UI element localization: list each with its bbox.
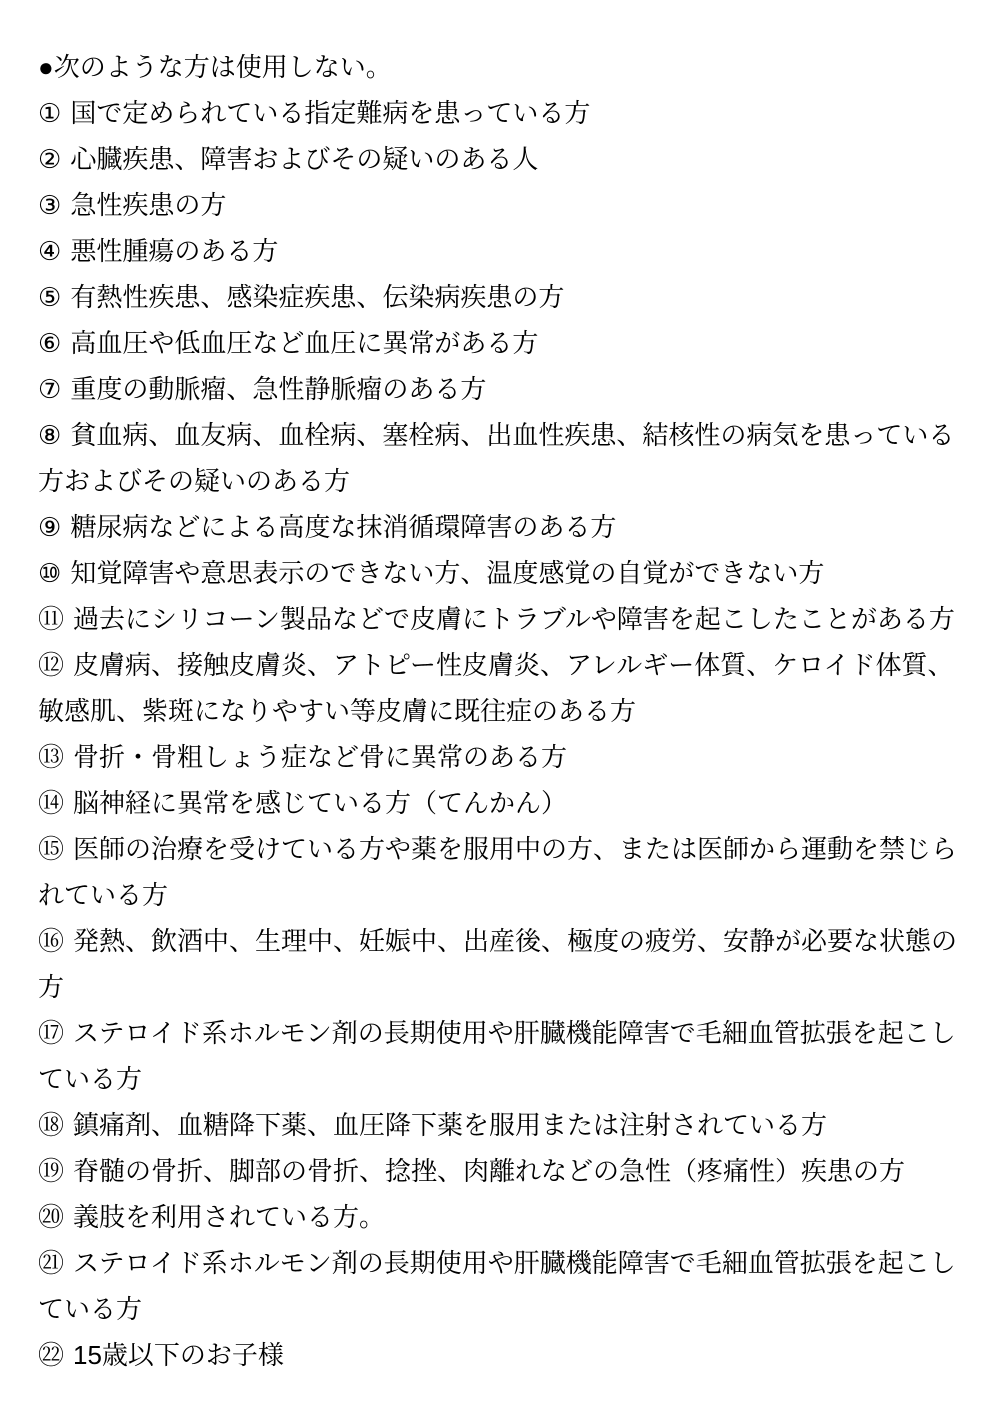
- item-text: 重度の動脈瘤、急性静脈瘤のある方: [70, 374, 486, 404]
- item-text: 過去にシリコーン製品などで皮膚にトラブルや障害を起こしたことがある方: [73, 604, 955, 634]
- item-number: ㉑: [38, 1248, 64, 1278]
- item-text: 悪性腫瘍のある方: [70, 236, 278, 266]
- item-number: ⑲: [38, 1156, 64, 1186]
- item-text: 糖尿病などによる高度な抹消循環障害のある方: [70, 512, 616, 542]
- item-text: 知覚障害や意思表示のできない方、温度感覚の自覚ができない方: [70, 558, 824, 588]
- item-number: ④: [38, 236, 61, 266]
- item-number: ⑥: [38, 328, 61, 358]
- item-text: 発熱、飲酒中、生理中、妊娠中、出産後、極度の疲労、安静が必要な状態の方: [38, 926, 957, 1002]
- list-item: ⑧貧血病、血友病、血栓病、塞栓病、出血性疾患、結核性の病気を患っている方およびそ…: [38, 412, 958, 504]
- list-item: ⑯発熱、飲酒中、生理中、妊娠中、出産後、極度の疲労、安静が必要な状態の方: [38, 918, 958, 1010]
- item-text: 骨折・骨粗しょう症など骨に異常のある方: [73, 742, 567, 772]
- item-text: 有熱性疾患、感染症疾患、伝染病疾患の方: [70, 282, 564, 312]
- item-number: ⑳: [38, 1202, 64, 1232]
- list-item: ⑲脊髄の骨折、脚部の骨折、捻挫、肉離れなどの急性（疼痛性）疾患の方: [38, 1148, 958, 1194]
- item-text: 貧血病、血友病、血栓病、塞栓病、出血性疾患、結核性の病気を患っている方およびその…: [38, 420, 954, 496]
- list-item: ⑮医師の治療を受けている方や薬を服用中の方、または医師から運動を禁じられている方: [38, 826, 958, 918]
- list-item: ②心臓疾患、障害およびその疑いのある人: [38, 136, 958, 182]
- item-number: ②: [38, 144, 61, 174]
- item-number: ⑭: [38, 788, 64, 818]
- section-header-text: 次のような方は使用しない。: [54, 52, 392, 82]
- list-item: ⑭脳神経に異常を感じている方（てんかん）: [38, 780, 958, 826]
- list-item: ⑤有熱性疾患、感染症疾患、伝染病疾患の方: [38, 274, 958, 320]
- item-text: 国で定められている指定難病を患っている方: [70, 98, 590, 128]
- item-number: ③: [38, 190, 61, 220]
- bullet-icon: ●: [38, 52, 54, 82]
- item-number: ⑧: [38, 420, 61, 450]
- item-text: 高血圧や低血圧など血圧に異常がある方: [70, 328, 538, 358]
- contraindications-page: ●次のような方は使用しない。 ①国で定められている指定難病を患っている方 ②心臓…: [0, 0, 1000, 1418]
- list-item: ⑰ステロイド系ホルモン剤の長期使用や肝臓機能障害で毛細血管拡張を起こしている方: [38, 1010, 958, 1102]
- item-number: ①: [38, 98, 61, 128]
- item-number: ⑩: [38, 558, 61, 588]
- item-text: 急性疾患の方: [70, 190, 226, 220]
- item-number: ⑦: [38, 374, 61, 404]
- item-text: 脊髄の骨折、脚部の骨折、捻挫、肉離れなどの急性（疼痛性）疾患の方: [73, 1156, 905, 1186]
- list-item: ㉒15歳以下のお子様: [38, 1332, 958, 1378]
- item-number: ⑯: [38, 926, 64, 956]
- item-text: 医師の治療を受けている方や薬を服用中の方、または医師から運動を禁じられている方: [38, 834, 957, 910]
- item-number: ⑰: [38, 1018, 64, 1048]
- item-number: ⑨: [38, 512, 61, 542]
- item-text: ステロイド系ホルモン剤の長期使用や肝臓機能障害で毛細血管拡張を起こしている方: [38, 1248, 956, 1324]
- list-item: ⑨糖尿病などによる高度な抹消循環障害のある方: [38, 504, 958, 550]
- item-text: ステロイド系ホルモン剤の長期使用や肝臓機能障害で毛細血管拡張を起こしている方: [38, 1018, 956, 1094]
- contraindications-list: ①国で定められている指定難病を患っている方 ②心臓疾患、障害およびその疑いのある…: [38, 90, 958, 1378]
- list-item: ③急性疾患の方: [38, 182, 958, 228]
- list-item: ⑩知覚障害や意思表示のできない方、温度感覚の自覚ができない方: [38, 550, 958, 596]
- list-item: ⑬骨折・骨粗しょう症など骨に異常のある方: [38, 734, 958, 780]
- item-text: 脳神経に異常を感じている方（てんかん）: [73, 788, 567, 818]
- list-item: ⑪過去にシリコーン製品などで皮膚にトラブルや障害を起こしたことがある方: [38, 596, 958, 642]
- item-text: 15歳以下のお子様: [73, 1340, 284, 1370]
- list-item: ⑳義肢を利用されている方。: [38, 1194, 958, 1240]
- list-item: ④悪性腫瘍のある方: [38, 228, 958, 274]
- list-item: ⑥高血圧や低血圧など血圧に異常がある方: [38, 320, 958, 366]
- item-text: 義肢を利用されている方。: [73, 1202, 385, 1232]
- item-text: 皮膚病、接触皮膚炎、アトピー性皮膚炎、アレルギー体質、ケロイド体質、敏感肌、紫斑…: [38, 650, 954, 726]
- list-item: ⑫皮膚病、接触皮膚炎、アトピー性皮膚炎、アレルギー体質、ケロイド体質、敏感肌、紫…: [38, 642, 958, 734]
- item-number: ⑮: [38, 834, 64, 864]
- item-number: ⑫: [38, 650, 64, 680]
- item-number: ⑪: [38, 604, 64, 634]
- item-number: ⑱: [38, 1110, 64, 1140]
- item-number: ⑤: [38, 282, 61, 312]
- list-item: ㉑ステロイド系ホルモン剤の長期使用や肝臓機能障害で毛細血管拡張を起こしている方: [38, 1240, 958, 1332]
- list-item: ⑱鎮痛剤、血糖降下薬、血圧降下薬を服用または注射されている方: [38, 1102, 958, 1148]
- item-text: 心臓疾患、障害およびその疑いのある人: [70, 144, 538, 174]
- list-item: ①国で定められている指定難病を患っている方: [38, 90, 958, 136]
- item-number: ㉒: [38, 1340, 64, 1370]
- section-header: ●次のような方は使用しない。: [38, 44, 958, 90]
- list-item: ⑦重度の動脈瘤、急性静脈瘤のある方: [38, 366, 958, 412]
- item-number: ⑬: [38, 742, 64, 772]
- item-text: 鎮痛剤、血糖降下薬、血圧降下薬を服用または注射されている方: [73, 1110, 827, 1140]
